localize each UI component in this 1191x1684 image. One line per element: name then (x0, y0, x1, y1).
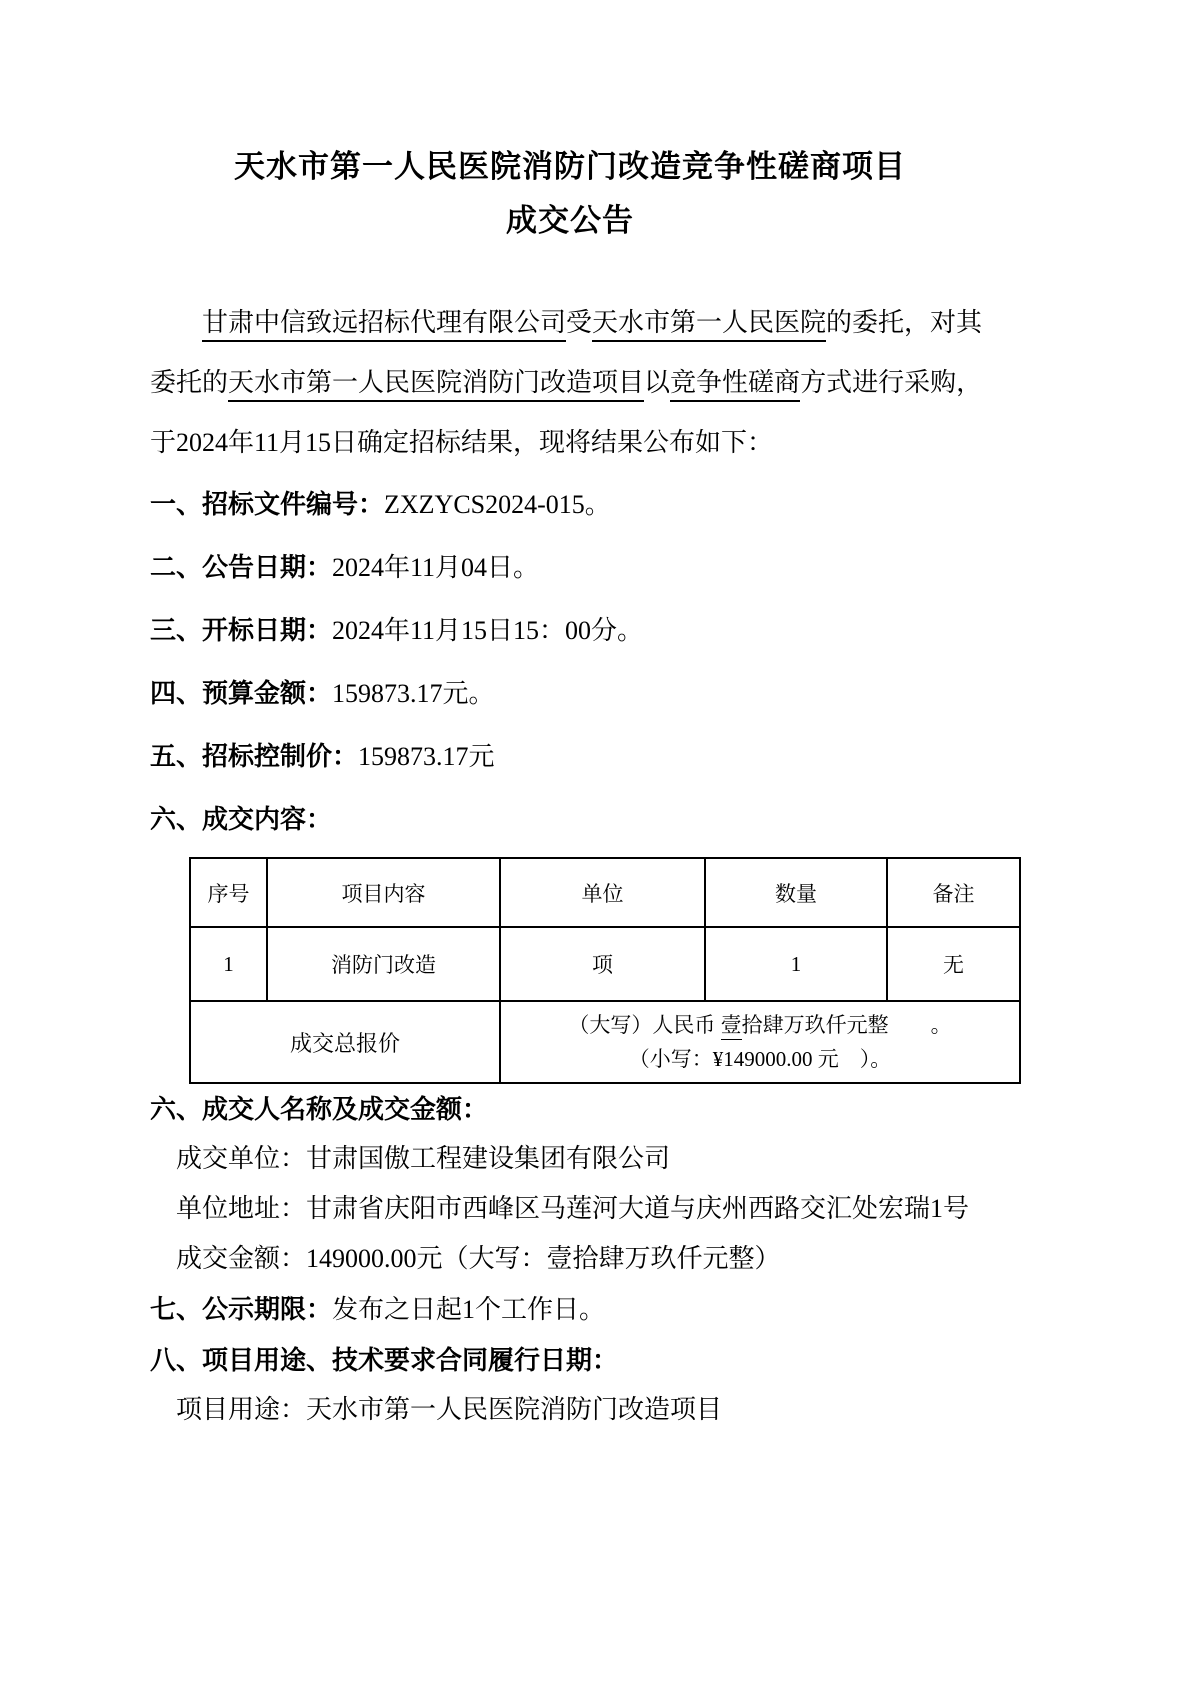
project-name: 天水市第一人民医院消防门改造项目 (228, 368, 644, 402)
award-section: 六、成交人名称及成交金额： 成交单位：甘肃国傲工程建设集团有限公司 单位地址：甘… (150, 1084, 990, 1435)
item-label: 三、开标日期： (150, 615, 332, 645)
publicity-label: 七、公示期限： (150, 1294, 332, 1324)
table-total-row: 成交总报价 （大写）人民币 壹拾肆万玖仟元整 。 （小写：¥149000.00 … (190, 1001, 1020, 1083)
item-value: 159873.17元 (358, 742, 495, 771)
intro-line-3: 于2024年11月15日确定招标结果，现将结果公布如下： (150, 413, 990, 473)
intro-line-1: 甘肃中信致远招标代理有限公司受天水市第一人民医院的委托，对其 (150, 293, 990, 353)
intro-paragraph: 甘肃中信致远招标代理有限公司受天水市第一人民医院的委托，对其 委托的天水市第一人… (150, 293, 990, 473)
intro-text: 的委托，对其 (826, 308, 982, 337)
table-data-row: 1 消防门改造 项 1 无 (190, 927, 1020, 1001)
cell-remark: 无 (887, 927, 1020, 1001)
intro-text: 以 (644, 368, 670, 397)
amount-words-suffix: 。 (889, 1013, 952, 1037)
publicity-value: 发布之日起1个工作日。 (332, 1295, 605, 1324)
award-address: 单位地址：甘肃省庆阳市西峰区马莲河大道与庆州西路交汇处宏瑞1号 (150, 1184, 990, 1234)
item-value: ZXZYCS2024-015。 (384, 490, 611, 519)
item-label: 二、公告日期： (150, 552, 332, 582)
item-label: 四、预算金额： (150, 678, 332, 708)
item-announcement-date: 二、公告日期：2024年11月04日。 (150, 536, 990, 599)
col-header-unit: 单位 (500, 858, 705, 927)
item-value: 159873.17元。 (332, 679, 495, 708)
cell-quantity: 1 (705, 927, 887, 1001)
amount-in-figures: （小写：¥149000.00 元 ）。 (501, 1042, 1019, 1076)
item-value: 2024年11月15日15：00分。 (332, 616, 643, 645)
document-page: 天水市第一人民医院消防门改造竞争性磋商项目 成交公告 甘肃中信致远招标代理有限公… (0, 0, 1191, 1684)
award-unit: 成交单位：甘肃国傲工程建设集团有限公司 (150, 1134, 990, 1184)
item-deal-content-heading: 六、成交内容： (150, 788, 990, 851)
client-name: 天水市第一人民医院 (592, 308, 826, 342)
col-header-seq: 序号 (190, 858, 267, 927)
award-heading: 六、成交人名称及成交金额： (150, 1084, 990, 1134)
intro-text: 受 (566, 308, 592, 337)
cell-unit: 项 (500, 927, 705, 1001)
item-label: 一、招标文件编号： (150, 489, 384, 519)
award-amount: 成交金额：149000.00元（大写：壹拾肆万玖仟元整） (150, 1234, 990, 1284)
agency-name: 甘肃中信致远招标代理有限公司 (202, 308, 566, 342)
cell-content: 消防门改造 (267, 927, 500, 1001)
item-label: 五、招标控制价： (150, 741, 358, 771)
numbered-items: 一、招标文件编号：ZXZYCS2024-015。 二、公告日期：2024年11月… (150, 473, 990, 851)
cell-seq: 1 (190, 927, 267, 1001)
item-budget-amount: 四、预算金额：159873.17元。 (150, 662, 990, 725)
amount-in-words: （大写）人民币 壹拾肆万玖仟元整 。 (501, 1008, 1019, 1042)
document-title: 天水市第一人民医院消防门改造竞争性磋商项目 成交公告 (150, 140, 990, 248)
deal-content-table: 序号 项目内容 单位 数量 备注 1 消防门改造 项 1 无 成交总报价 （大写… (189, 857, 1021, 1084)
table-header-row: 序号 项目内容 单位 数量 备注 (190, 858, 1020, 927)
usage-heading: 八、项目用途、技术要求合同履行日期： (150, 1335, 990, 1385)
usage-line: 项目用途：天水市第一人民医院消防门改造项目 (150, 1385, 990, 1435)
title-line-project: 天水市第一人民医院消防门改造竞争性磋商项目 (150, 140, 990, 194)
item-bid-opening-date: 三、开标日期：2024年11月15日15：00分。 (150, 599, 990, 662)
amount-words-prefix: （大写）人民币 (568, 1013, 720, 1037)
amount-words-rest: 拾肆万玖仟元整 (742, 1013, 889, 1037)
item-control-price: 五、招标控制价：159873.17元 (150, 725, 990, 788)
item-tender-doc-number: 一、招标文件编号：ZXZYCS2024-015。 (150, 473, 990, 536)
procurement-method: 竞争性磋商 (670, 368, 800, 402)
publicity-period: 七、公示期限：发布之日起1个工作日。 (150, 1284, 990, 1335)
col-header-quantity: 数量 (705, 858, 887, 927)
cell-total-label: 成交总报价 (190, 1001, 500, 1083)
item-value: 2024年11月04日。 (332, 553, 539, 582)
intro-line-2: 委托的天水市第一人民医院消防门改造项目以竞争性磋商方式进行采购， (150, 353, 990, 413)
title-line-announcement: 成交公告 (150, 194, 990, 248)
item-label: 六、成交内容： (150, 804, 332, 834)
intro-text: 委托的 (150, 368, 228, 397)
amount-words-first-char: 壹 (721, 1013, 742, 1040)
cell-total-amount: （大写）人民币 壹拾肆万玖仟元整 。 （小写：¥149000.00 元 ）。 (500, 1001, 1020, 1083)
intro-text: 方式进行采购， (800, 368, 982, 397)
col-header-content: 项目内容 (267, 858, 500, 927)
col-header-remark: 备注 (887, 858, 1020, 927)
